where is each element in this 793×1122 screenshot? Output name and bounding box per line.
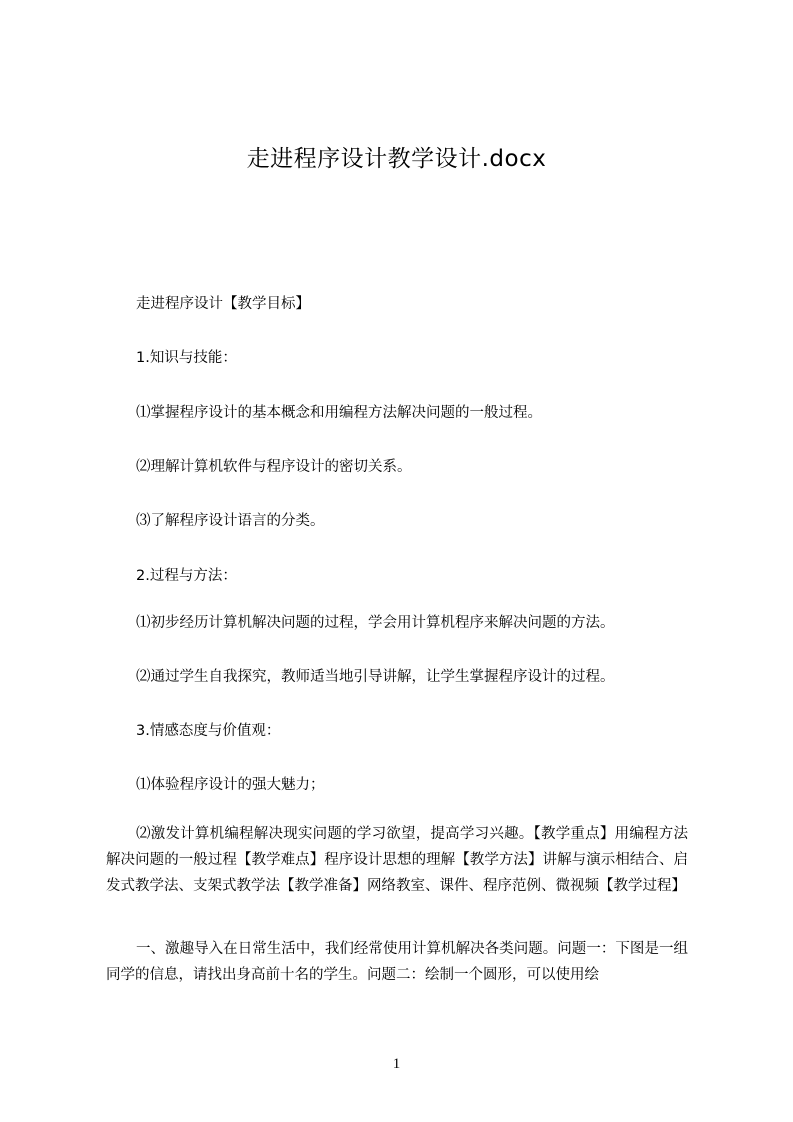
subheading: 2.过程与方法： <box>136 564 237 585</box>
document-title: 走进程序设计教学设计.docx <box>0 140 793 173</box>
body-paragraph: ⑵激发计算机编程解决现实问题的学习欲望，提高学习兴趣。【教学重点】用编程方法解决… <box>106 821 688 899</box>
list-item: ⑶了解程序设计语言的分类。 <box>136 509 325 530</box>
subheading: 3.情感态度与价值观： <box>136 719 280 740</box>
page-number: 1 <box>0 1056 793 1073</box>
list-item: ⑵理解计算机软件与程序设计的密切关系。 <box>136 455 412 476</box>
list-item: ⑴掌握程序设计的基本概念和用编程方法解决问题的一般过程。 <box>136 401 542 422</box>
section-heading: 走进程序设计【教学目标】 <box>136 292 310 313</box>
subheading: 1.知识与技能： <box>136 346 237 367</box>
body-paragraph: 一、激趣导入在日常生活中，我们经常使用计算机解决各类问题。问题一：下图是一组同学… <box>106 936 688 988</box>
list-item: ⑴初步经历计算机解决问题的过程，学会用计算机程序来解决问题的方法。 <box>136 611 615 632</box>
list-item: ⑴体验程序设计的强大魅力； <box>136 773 325 794</box>
list-item: ⑵通过学生自我探究，教师适当地引导讲解，让学生掌握程序设计的过程。 <box>136 665 615 686</box>
